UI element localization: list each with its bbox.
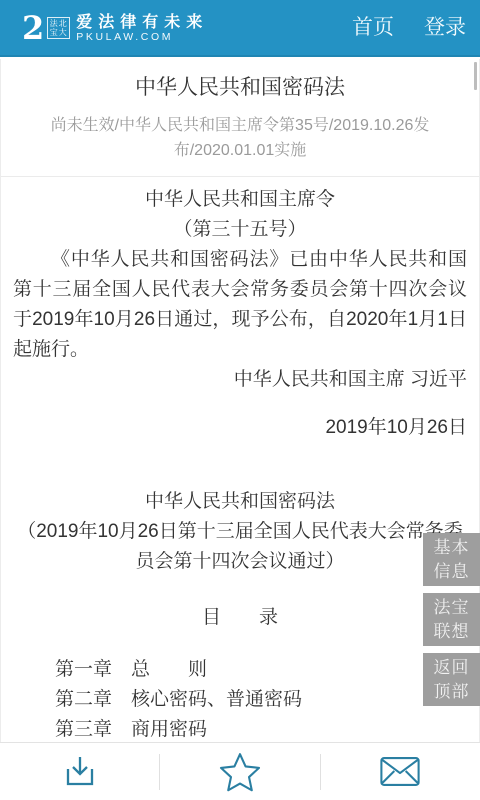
- nav-login-link[interactable]: 登录: [424, 17, 466, 38]
- logo-domain: PKULAW.COM: [76, 31, 208, 43]
- document-meta: 尚未生效/中华人民共和国主席令第35号/2019.10.26发布/2020.01…: [1, 113, 479, 163]
- bottom-toolbar: [0, 742, 480, 800]
- nav-home-link[interactable]: 首页: [352, 17, 394, 38]
- law-title: 中华人民共和国密码法: [13, 487, 467, 517]
- document-title: 中华人民共和国密码法: [1, 74, 479, 102]
- decree-signature: 中华人民共和国主席 习近平: [13, 365, 467, 395]
- fabao-association-button[interactable]: 法宝联想: [423, 593, 480, 646]
- download-icon: [62, 755, 98, 788]
- logo-seal-row: 法北: [48, 19, 69, 28]
- floating-button-group: 基本信息 法宝联想 返回顶部: [423, 533, 480, 706]
- star-icon: [219, 752, 261, 792]
- back-to-top-button[interactable]: 返回顶部: [423, 653, 480, 706]
- decree-paragraph: 《中华人民共和国密码法》已由中华人民共和国第十三届全国人民代表大会常务委员会第十…: [13, 245, 467, 365]
- decree-heading: 中华人民共和国主席令: [13, 185, 467, 215]
- header-nav: 首页 登录: [352, 17, 466, 38]
- toc-list: 第一章 总 则 第二章 核心密码、普通密码 第三章 商用密码: [13, 655, 467, 742]
- fabao-association-label: 法宝联想: [432, 596, 472, 644]
- law-passed-note: （2019年10月26日第十三届全国人民代表大会常务委员会第十四次会议通过）: [13, 517, 467, 577]
- favorite-button[interactable]: [160, 743, 319, 800]
- decree-date: 2019年10月26日: [13, 413, 467, 443]
- document-view[interactable]: 中华人民共和国密码法 尚未生效/中华人民共和国主席令第35号/2019.10.2…: [0, 59, 480, 742]
- download-button[interactable]: [0, 743, 159, 800]
- app-screen: 2 法北 宝大 爱法律有未来 PKULAW.COM 首页 登录 中华人民共和国密…: [0, 0, 480, 800]
- logo-seal-icon: 法北 宝大: [47, 17, 70, 39]
- logo-seal-row: 宝大: [48, 28, 69, 37]
- header-bar: 2 法北 宝大 爱法律有未来 PKULAW.COM 首页 登录: [0, 0, 480, 57]
- logo-slogan: 爱法律有未来: [76, 13, 208, 30]
- scrollbar[interactable]: [474, 62, 477, 90]
- share-mail-button[interactable]: [321, 743, 480, 800]
- logo-text: 爱法律有未来 PKULAW.COM: [76, 13, 208, 43]
- toc-item-chapter3[interactable]: 第三章 商用密码: [55, 715, 467, 742]
- document-body: 中华人民共和国主席令 （第三十五号） 《中华人民共和国密码法》已由中华人民共和国…: [1, 177, 479, 742]
- back-to-top-label: 返回顶部: [432, 656, 472, 704]
- basic-info-button[interactable]: 基本信息: [423, 533, 480, 586]
- pkulaw-logo[interactable]: 2 法北 宝大 爱法律有未来 PKULAW.COM: [22, 12, 352, 44]
- basic-info-label: 基本信息: [432, 536, 472, 584]
- decree-number: （第三十五号）: [13, 215, 467, 245]
- logo-mark-icon: 2: [22, 12, 44, 44]
- toc-item-chapter1[interactable]: 第一章 总 则: [55, 655, 467, 685]
- law-section: 中华人民共和国密码法 （2019年10月26日第十三届全国人民代表大会常务委员会…: [13, 487, 467, 742]
- toc-item-chapter2[interactable]: 第二章 核心密码、普通密码: [55, 685, 467, 715]
- toc-title: 目 录: [13, 603, 467, 633]
- mail-icon: [379, 756, 421, 787]
